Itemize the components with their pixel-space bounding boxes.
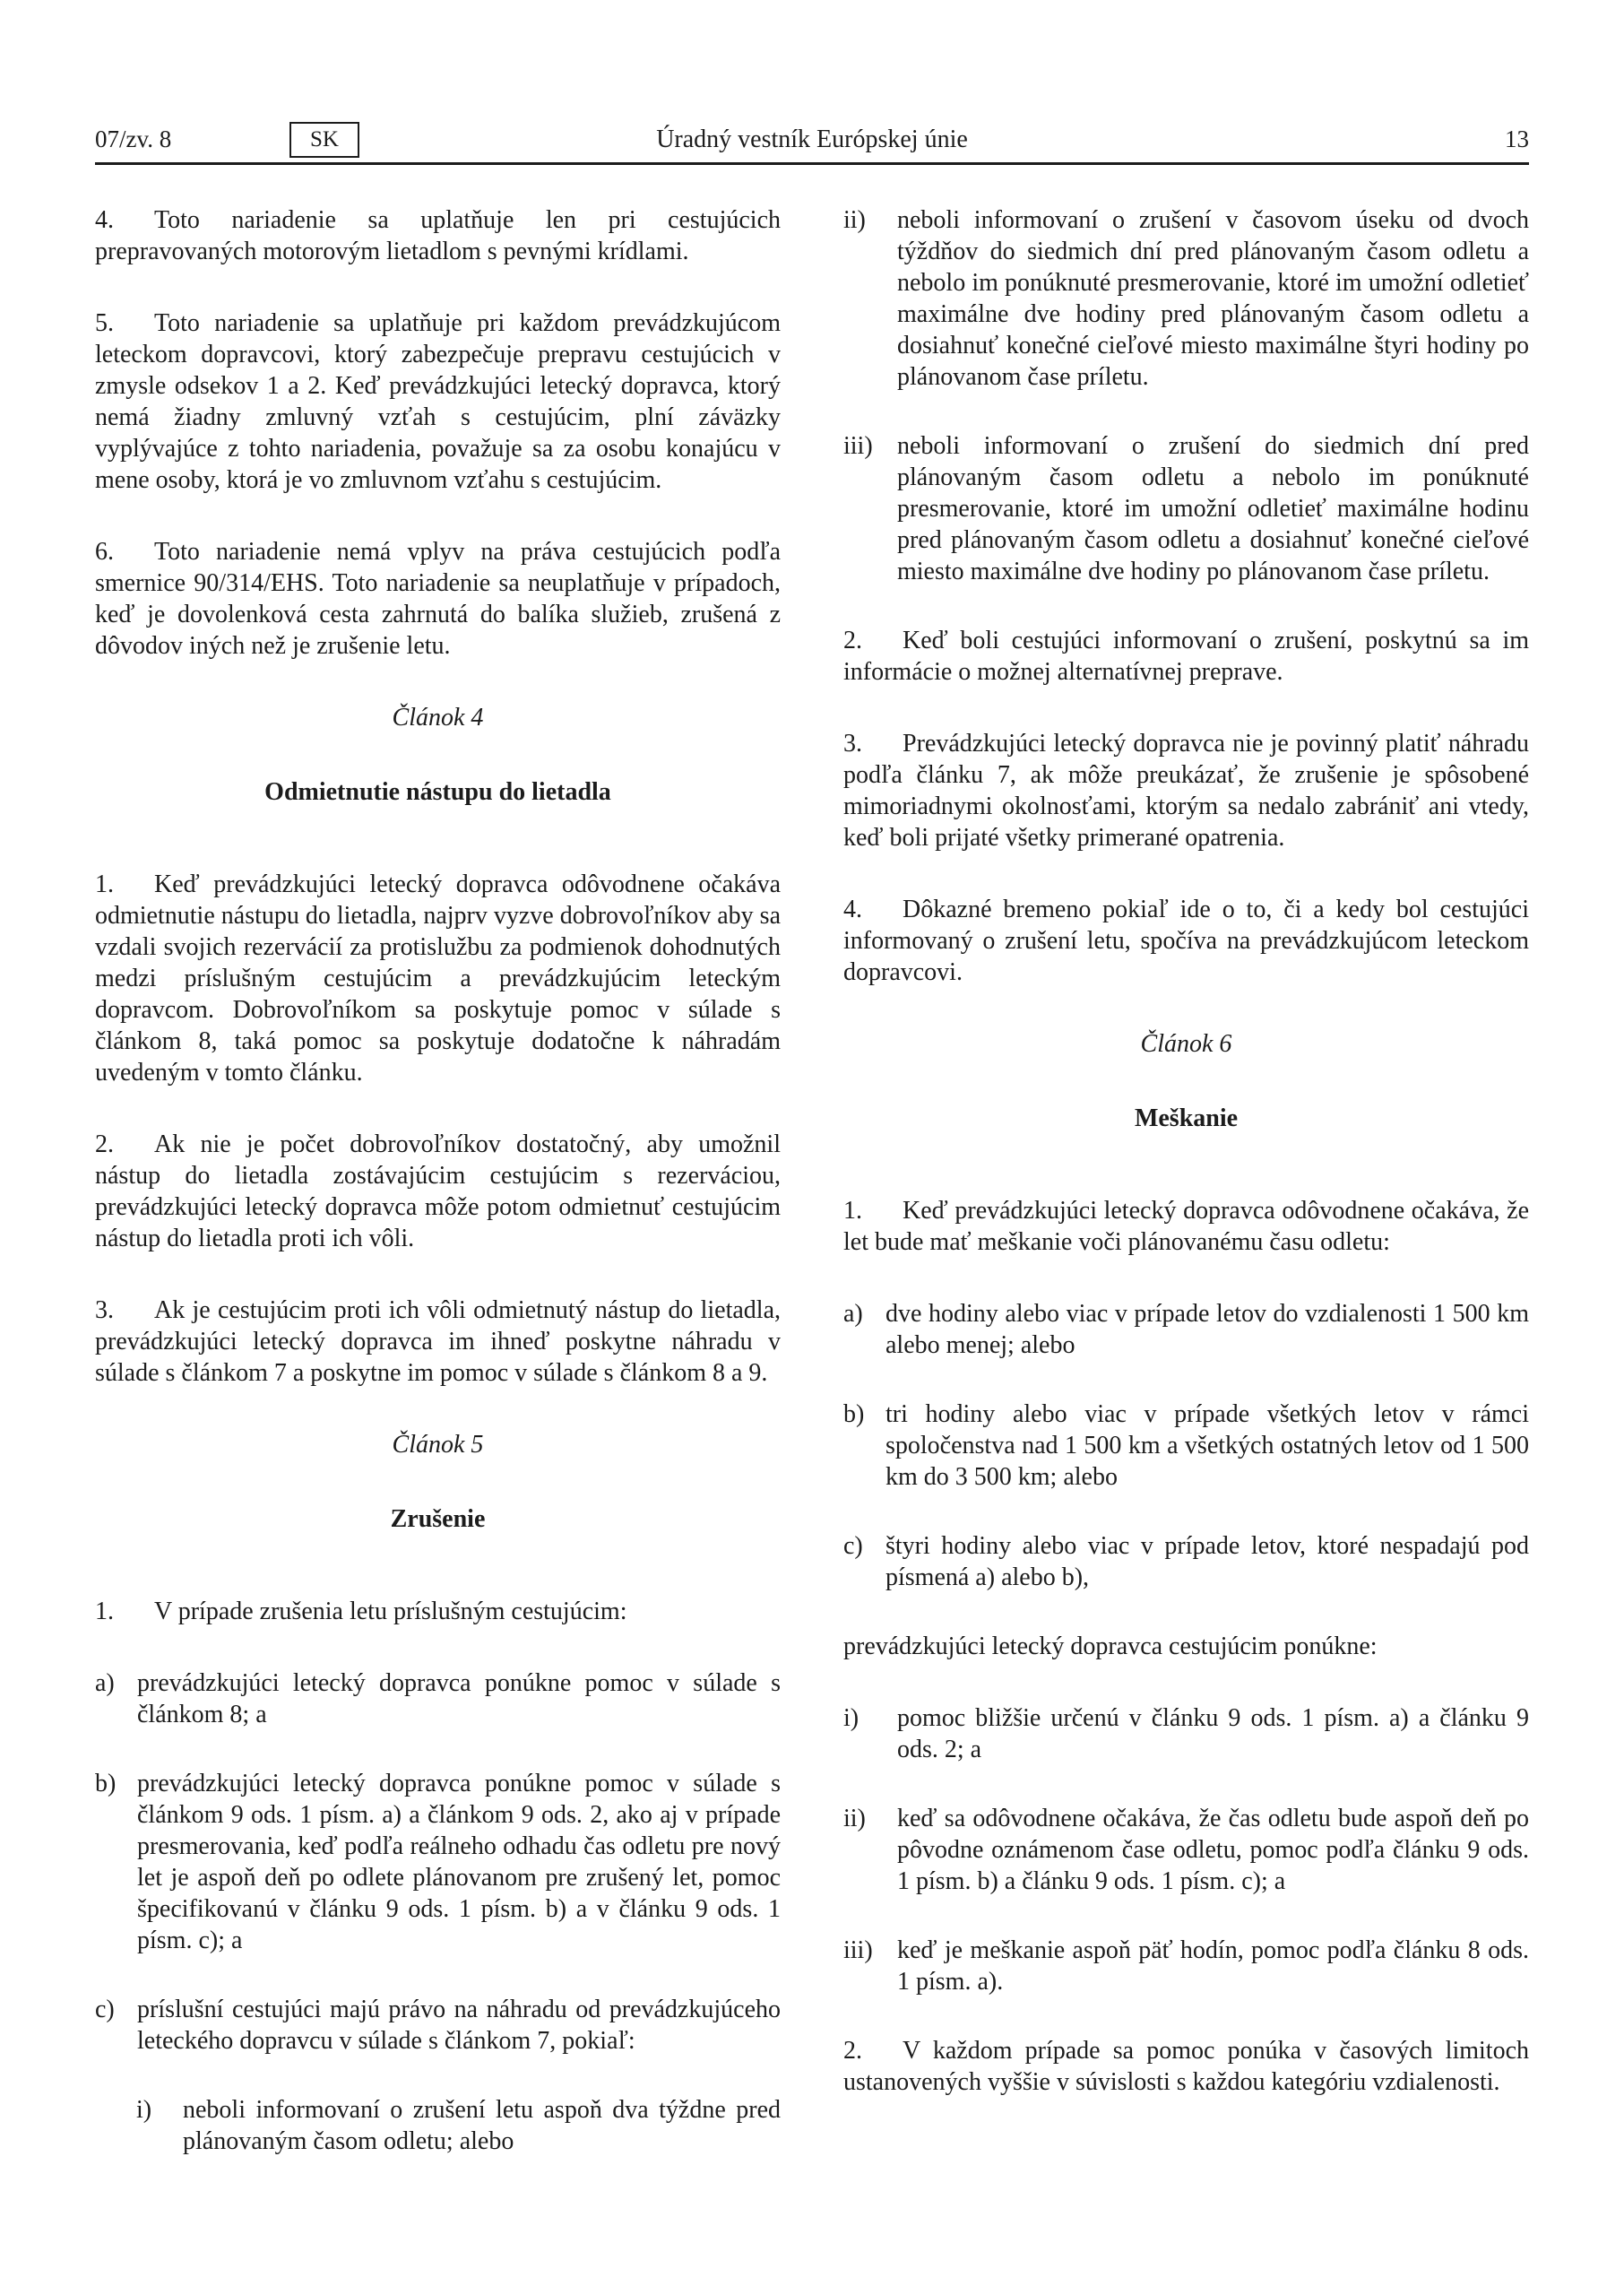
item-text: dve hodiny alebo viac v prípade letov do… xyxy=(885,1298,1529,1361)
paragraph-text: Toto nariadenie sa uplatňuje pri každom … xyxy=(95,309,781,494)
article-5-label: Článok 5 xyxy=(95,1429,781,1460)
item-text: pomoc bližšie určenú v článku 9 ods. 1 p… xyxy=(897,1702,1529,1765)
paragraph-text: Keď prevádzkujúci letecký dopravca odôvo… xyxy=(95,870,781,1087)
item-text: neboli informovaní o zrušení letu aspoň … xyxy=(183,2094,781,2157)
list-item-ii2: ii)keď sa odôvodnene očakáva, že čas odl… xyxy=(843,1803,1529,1897)
numbered-paragraph-6: 6.Toto nariadenie nemá vplyv na práva ce… xyxy=(95,536,781,662)
article6-paragraph-1: 1.Keď prevádzkujúci letecký dopravca odô… xyxy=(843,1195,1529,1258)
paragraph-number: 1. xyxy=(95,1596,154,1627)
paragraph-text: Ak nie je počet dobrovoľníkov dostatočný… xyxy=(95,1130,781,1252)
paragraph-number: 4. xyxy=(95,204,154,236)
item-text: štyri hodiny alebo viac v prípade letov,… xyxy=(885,1530,1529,1593)
list-item-a: a)prevádzkujúci letecký dopravca ponúkne… xyxy=(95,1667,781,1730)
item-text: prevádzkujúci letecký dopravca ponúkne p… xyxy=(137,1768,781,1956)
item-label: ii) xyxy=(843,1803,897,1897)
text-columns: 4.Toto nariadenie sa uplatňuje len pri c… xyxy=(95,204,1529,2195)
paragraph-number: 3. xyxy=(843,728,903,759)
paragraph-text: Dôkazné bremeno pokiaľ ide o to, či a ke… xyxy=(843,896,1529,986)
article5-paragraph-1: 1.V prípade zrušenia letu príslušným ces… xyxy=(95,1596,781,1627)
page-number: 13 xyxy=(1505,124,1529,155)
paragraph-number: 3. xyxy=(95,1295,154,1326)
list-item-c: c)príslušní cestujúci majú právo na náhr… xyxy=(95,1994,781,2057)
left-column: 4.Toto nariadenie sa uplatňuje len pri c… xyxy=(95,204,781,2195)
item-label: c) xyxy=(95,1994,137,2057)
paragraph-text: Toto nariadenie sa uplatňuje len pri ces… xyxy=(95,206,781,265)
item-text: neboli informovaní o zrušení do siedmich… xyxy=(897,430,1529,587)
item-label: b) xyxy=(843,1399,885,1493)
right-column: ii)neboli informovaní o zrušení v časovo… xyxy=(843,204,1529,2195)
lead-in-paragraph: prevádzkujúci letecký dopravca cestujúci… xyxy=(843,1631,1529,1662)
header-rule xyxy=(95,162,1529,165)
item-label: iii) xyxy=(843,430,897,587)
item-label: iii) xyxy=(843,1935,897,1997)
list-item-ii: ii)neboli informovaní o zrušení v časovo… xyxy=(843,204,1529,393)
paragraph-number: 2. xyxy=(95,1129,154,1160)
paragraph-text: V prípade zrušenia letu príslušným cestu… xyxy=(154,1598,626,1625)
journal-title: Úradný vestník Európskej únie xyxy=(0,124,1624,155)
item-text: neboli informovaní o zrušení v časovom ú… xyxy=(897,204,1529,393)
paragraph-text: Ak je cestujúcim proti ich vôli odmietnu… xyxy=(95,1296,781,1387)
list-item-i: i)pomoc bližšie určenú v článku 9 ods. 1… xyxy=(843,1702,1529,1765)
list-item-c: c)štyri hodiny alebo viac v prípade leto… xyxy=(843,1530,1529,1593)
list-item-i: i)neboli informovaní o zrušení letu aspo… xyxy=(136,2094,781,2157)
article5-paragraph-3: 3.Prevádzkujúci letecký dopravca nie je … xyxy=(843,728,1529,853)
paragraph-number: 2. xyxy=(843,2035,903,2066)
paragraph-number: 6. xyxy=(95,536,154,567)
item-label: i) xyxy=(843,1702,897,1765)
item-text: keď je meškanie aspoň päť hodín, pomoc p… xyxy=(897,1935,1529,1997)
article-6-title: Meškanie xyxy=(843,1103,1529,1134)
paragraph-text: Toto nariadenie nemá vplyv na práva cest… xyxy=(95,538,781,660)
paragraph-text: V každom prípade sa pomoc ponúka v časov… xyxy=(843,2037,1529,2096)
article-4-label: Článok 4 xyxy=(95,702,781,733)
article4-paragraph-3: 3.Ak je cestujúcim proti ich vôli odmiet… xyxy=(95,1295,781,1389)
article6-paragraph-2: 2.V každom prípade sa pomoc ponúka v čas… xyxy=(843,2035,1529,2098)
article5-paragraph-2: 2.Keď boli cestujúci informovaní o zruše… xyxy=(843,625,1529,688)
item-label: b) xyxy=(95,1768,137,1956)
paragraph-number: 4. xyxy=(843,894,903,925)
article-6-label: Článok 6 xyxy=(843,1028,1529,1060)
article-5-title: Zrušenie xyxy=(95,1503,781,1535)
item-text: tri hodiny alebo viac v prípade všetkých… xyxy=(885,1399,1529,1493)
list-item-b: b)tri hodiny alebo viac v prípade všetký… xyxy=(843,1399,1529,1493)
article-4-title: Odmietnutie nástupu do lietadla xyxy=(95,776,781,808)
article5-paragraph-4: 4.Dôkazné bremeno pokiaľ ide o to, či a … xyxy=(843,894,1529,988)
paragraph-number: 5. xyxy=(95,307,154,339)
list-item-a: a)dve hodiny alebo viac v prípade letov … xyxy=(843,1298,1529,1361)
item-label: i) xyxy=(136,2094,183,2157)
paragraph-number: 1. xyxy=(95,869,154,900)
paragraph-text: Prevádzkujúci letecký dopravca nie je po… xyxy=(843,730,1529,852)
article4-paragraph-2: 2.Ak nie je počet dobrovoľníkov dostatoč… xyxy=(95,1129,781,1254)
list-item-iii2: iii)keď je meškanie aspoň päť hodín, pom… xyxy=(843,1935,1529,1997)
item-label: ii) xyxy=(843,204,897,393)
paragraph-text: Keď boli cestujúci informovaní o zrušení… xyxy=(843,627,1529,686)
numbered-paragraph-5: 5.Toto nariadenie sa uplatňuje pri každo… xyxy=(95,307,781,496)
item-text: príslušní cestujúci majú právo na náhrad… xyxy=(137,1994,781,2057)
paragraph-number: 1. xyxy=(843,1195,903,1226)
item-label: a) xyxy=(95,1667,137,1730)
item-text: keď sa odôvodnene očakáva, že čas odletu… xyxy=(897,1803,1529,1897)
numbered-paragraph-4: 4.Toto nariadenie sa uplatňuje len pri c… xyxy=(95,204,781,267)
paragraph-number: 2. xyxy=(843,625,903,656)
item-label: c) xyxy=(843,1530,885,1593)
list-item-iii: iii)neboli informovaní o zrušení do sied… xyxy=(843,430,1529,587)
list-item-b: b)prevádzkujúci letecký dopravca ponúkne… xyxy=(95,1768,781,1956)
journal-page: { "colors": { "ink": "#1c1c1c", "paper":… xyxy=(0,0,1624,2295)
paragraph-text: Keď prevádzkujúci letecký dopravca odôvo… xyxy=(843,1197,1529,1256)
article4-paragraph-1: 1.Keď prevádzkujúci letecký dopravca odô… xyxy=(95,869,781,1088)
item-label: a) xyxy=(843,1298,885,1361)
item-text: prevádzkujúci letecký dopravca ponúkne p… xyxy=(137,1667,781,1730)
